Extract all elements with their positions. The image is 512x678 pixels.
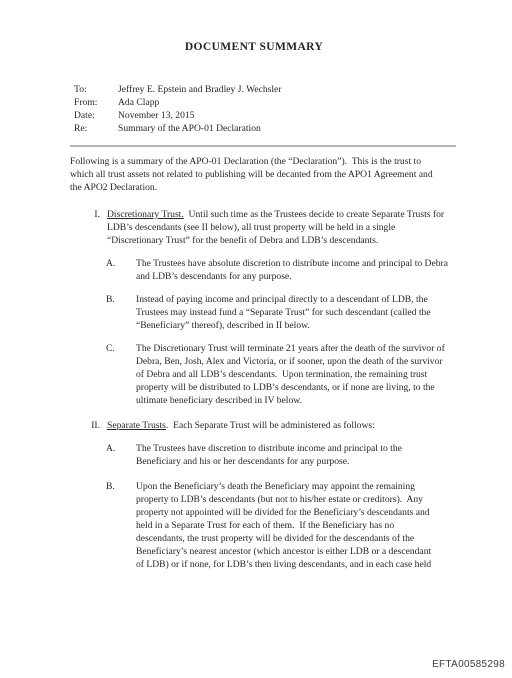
list-item-line: Debra, Ben, Josh, Alex and Victoria, or … <box>136 355 445 368</box>
list-item-letter: B. <box>106 293 136 332</box>
section-ii: II. Separate Trusts. Each Separate Trust… <box>70 419 456 432</box>
list-item-line: held in a Separate Trust for each of the… <box>136 519 431 532</box>
document-title: DOCUMENT SUMMARY <box>70 40 438 54</box>
list-item-line: The Trustees have discretion to distribu… <box>136 442 402 455</box>
list-item-line: ultimate beneficiary described in IV bel… <box>136 394 445 407</box>
list-item-letter: C. <box>106 342 136 407</box>
list-item-line: descendants, the trust property will be … <box>136 532 431 545</box>
list-item-line: and LDB’s descendants for any purpose. <box>136 270 448 283</box>
list-item-i-c: C. The Discretionary Trust will terminat… <box>106 342 456 407</box>
list-item-letter: A. <box>106 442 136 468</box>
document-page: DOCUMENT SUMMARY To: Jeffrey E. Epstein … <box>0 0 512 678</box>
list-item-line: Upon the Beneficiary’s death the Benefic… <box>136 480 431 493</box>
list-item-body: The Discretionary Trust will terminate 2… <box>136 342 445 407</box>
section-heading: Discretionary Trust. <box>107 209 184 220</box>
memo-label-from: From: <box>74 96 118 109</box>
bates-number: EFTA00585298 <box>432 659 505 670</box>
memo-label-date: Date: <box>74 109 118 122</box>
list-item-line: property to LDB’s descendants (but not t… <box>136 493 431 506</box>
list-item-line: of Debra and all LDB’s descendants. Upon… <box>136 368 445 381</box>
list-item-body: The Trustees have discretion to distribu… <box>136 442 402 468</box>
section-number: II. <box>70 419 100 432</box>
list-item-i-a: A. The Trustees have absolute discretion… <box>106 257 456 283</box>
memo-row-date: Date: November 13, 2015 <box>74 109 456 122</box>
section-heading-line: Discretionary Trust. Until such time as … <box>107 208 444 221</box>
section-heading-line: Separate Trusts. Each Separate Trust wil… <box>107 419 375 432</box>
document-content: DOCUMENT SUMMARY To: Jeffrey E. Epstein … <box>70 0 456 571</box>
section-body: Separate Trusts. Each Separate Trust wil… <box>107 419 375 432</box>
list-item-body: Upon the Beneficiary’s death the Benefic… <box>136 480 431 571</box>
memo-divider <box>70 145 456 147</box>
intro-line: the APO2 Declaration. <box>70 181 456 194</box>
memo-value-to: Jeffrey E. Epstein and Bradley J. Wechsl… <box>118 83 282 96</box>
memo-row-to: To: Jeffrey E. Epstein and Bradley J. We… <box>74 83 456 96</box>
section-line: LDB’s descendants (see II below), all tr… <box>107 221 444 234</box>
list-item-i-b: B. Instead of paying income and principa… <box>106 293 456 332</box>
memo-header: To: Jeffrey E. Epstein and Bradley J. We… <box>70 83 456 135</box>
section-body: Discretionary Trust. Until such time as … <box>107 208 444 247</box>
intro-line: Following is a summary of the APO-01 Dec… <box>70 155 456 168</box>
section-number: I. <box>70 208 100 247</box>
list-item-line: Trustees may instead fund a “Separate Tr… <box>136 306 431 319</box>
section-heading-rest: Until such time as the Trustees decide t… <box>184 209 444 220</box>
list-item-line: property not appointed will be divided f… <box>136 506 431 519</box>
list-item-line: “Beneficiary” thereof), described in II … <box>136 319 431 332</box>
list-item-ii-b: B. Upon the Beneficiary’s death the Bene… <box>106 480 456 571</box>
list-item-body: The Trustees have absolute discretion to… <box>136 257 448 283</box>
memo-value-from: Ada Clapp <box>118 96 159 109</box>
section-heading-rest: . Each Separate Trust will be administer… <box>166 420 375 431</box>
list-item-line: of LDB) or if none, for LDB’s then livin… <box>136 558 431 571</box>
list-item-body: Instead of paying income and principal d… <box>136 293 431 332</box>
list-item-ii-a: A. The Trustees have discretion to distr… <box>106 442 456 468</box>
memo-value-date: November 13, 2015 <box>118 109 194 122</box>
list-item-line: property will be distributed to LDB’s de… <box>136 381 445 394</box>
list-item-line: Beneficiary and his or her descendants f… <box>136 455 402 468</box>
list-item-letter: A. <box>106 257 136 283</box>
list-item-line: Instead of paying income and principal d… <box>136 293 431 306</box>
section-i: I. Discretionary Trust. Until such time … <box>70 208 456 247</box>
intro-paragraph: Following is a summary of the APO-01 Dec… <box>70 155 456 194</box>
section-heading: Separate Trusts <box>107 420 166 431</box>
section-line: “Discretionary Trust” for the benefit of… <box>107 234 444 247</box>
memo-label-to: To: <box>74 83 118 96</box>
memo-row-from: From: Ada Clapp <box>74 96 456 109</box>
list-item-letter: B. <box>106 480 136 571</box>
list-item-line: The Trustees have absolute discretion to… <box>136 257 448 270</box>
intro-line: which all trust assets not related to pu… <box>70 168 456 181</box>
memo-row-re: Re: Summary of the APO-01 Declaration <box>74 122 456 135</box>
list-item-line: The Discretionary Trust will terminate 2… <box>136 342 445 355</box>
list-item-line: Beneficiary’s nearest ancestor (which an… <box>136 545 431 558</box>
memo-value-re: Summary of the APO-01 Declaration <box>118 122 261 135</box>
memo-label-re: Re: <box>74 122 118 135</box>
